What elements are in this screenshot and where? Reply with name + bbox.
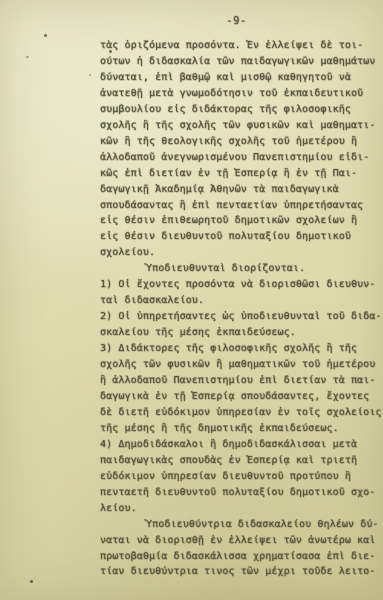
numbered-item-line: 4) Δημοδιδάσκαλοι ἢ δημοδιδασκάλισσαι με… xyxy=(100,437,381,453)
paper-speck xyxy=(26,56,29,58)
text-line: σχολῆς ἢ τῆς σχολῆς τῶν φυσικῶν καὶ μαθη… xyxy=(100,118,381,134)
text-line: δύναται, ἐπὶ βαθμῷ καὶ μισθῷ καθηγητοῦ ν… xyxy=(100,70,381,86)
numbered-item-line: 1) Οἱ ἔχοντες προσόντα νὰ διορισθῶσι διε… xyxy=(100,277,381,293)
text-line: ναται νὰ διορισθῇ ἐν ἐλλείψει τῶν ἀνωτέρ… xyxy=(100,533,381,549)
paper-speck xyxy=(44,34,47,37)
text-line: ἀνατεθῇ μετὰ γνωμοδότησιν τοῦ ἐκπαιδευτι… xyxy=(100,86,381,102)
text-line: εἰς θέσιν ἐπιθεωρητοῦ δημοτικῶν σχολείων… xyxy=(100,213,381,229)
text-line: σπουδάσαντας ἢ ἐπὶ πενταετίαν ὑπηρετήσαν… xyxy=(100,198,381,214)
paragraph-heading-line: Ὑποδιευθυνταὶ διορίζονται. xyxy=(100,261,381,277)
text-line: σκαλείου τῆς μέσης ἐκπαιδεύσεως. xyxy=(100,325,381,341)
scanned-document-page: -9- τὰς ὁριζόμενα προσόντα. Ἐν ἐλλείψει … xyxy=(0,0,383,600)
page-number: -9- xyxy=(0,15,383,27)
paragraph-start-line: Ὑποδιευθύντρια διδασκαλείου θηλέων δύ- xyxy=(100,517,381,533)
text-line: κῶν ἢ τῆς θεολογικῆς σχολῆς τοῦ ἡμετέρου… xyxy=(100,134,381,150)
text-line: εὐδόκιμον ὑπηρεσίαν διευθυντοῦ προτύπου … xyxy=(100,469,381,485)
numbered-item-line: 3) Διδάκτορες τῆς φιλοσοφικῆς σχολῆς ἢ τ… xyxy=(100,341,381,357)
text-line: τὰς ὁριζόμενα προσόντα. Ἐν ἐλλείψει δὲ τ… xyxy=(100,38,381,54)
text-line: σχολείου. xyxy=(100,245,381,261)
typewritten-text-block: τὰς ὁριζόμενα προσόντα. Ἐν ἐλλείψει δὲ τ… xyxy=(100,38,381,580)
text-line: ούτων ἡ διδασκαλία τῶν παιδαγωγικῶν μαθη… xyxy=(100,54,381,70)
text-line: εἰς θέσιν διευθυντοῦ πολυταξίου δημοτικο… xyxy=(100,229,381,245)
text-line: κῶς ἐπὶ διετίαν ἐν τῇ Ἑσπερίᾳ ἢ ἐν τῇ Πα… xyxy=(100,166,381,182)
text-line: συμβουλίου εἰς διδάκτορας τῆς φιλοσοφικῆ… xyxy=(100,102,381,118)
text-line: τίαν διευθύντρια τινος τῶν μέχρι τοῦδε λ… xyxy=(100,564,381,580)
numbered-item-line: 2) Οἱ ὑπηρετήσαντες ὡς ὑποδιευθυνταὶ τοῦ… xyxy=(100,309,381,325)
text-line: ἀλλοδαποῦ ἀνεγνωρισμένου Πανεπιστημίου ε… xyxy=(100,150,381,166)
text-line: τῆς μέσης ἢ τῆς δημοτικῆς ἐκπαιδεύσεως. xyxy=(100,421,381,437)
text-line: δὲ διετῆ εὐδόκιμον ὑπηρεσίαν ἐν τοῖς σχο… xyxy=(100,405,381,421)
text-line: παιδαγωγικὰς σπουδὰς ἐν Ἑσπερίᾳ καὶ τριε… xyxy=(100,453,381,469)
text-line: ἢ ἀλλοδαποῦ Πανεπιστημίου ἐπὶ διετίαν τὰ… xyxy=(100,373,381,389)
text-line: ταὶ διδασκαλείου. xyxy=(100,293,381,309)
text-line: πρωτοβαθμία διδασκάλισσα χρηματίσασα ἐπὶ… xyxy=(100,549,381,565)
text-line: πενταετῆ διευθυντοῦ πολυταξίου δημοτικοῦ… xyxy=(100,485,381,501)
paper-speck xyxy=(30,580,33,583)
text-line: σχολῆς τῶν φυσικῶν ἢ μαθηματικῶν τοῦ ἡμε… xyxy=(100,357,381,373)
text-line: λείου. xyxy=(100,501,381,517)
text-line: δαγωγικὰ ἐν τῇ Ἑσπερίᾳ σπουδάσαντες, ἔχο… xyxy=(100,389,381,405)
text-line: δαγωγικῇ Ἀκαδημίᾳ Ἀθηνῶν τὰ παιδαγωγικὰ xyxy=(100,182,381,198)
paper-speck xyxy=(109,50,112,53)
paper-speck xyxy=(89,74,91,76)
